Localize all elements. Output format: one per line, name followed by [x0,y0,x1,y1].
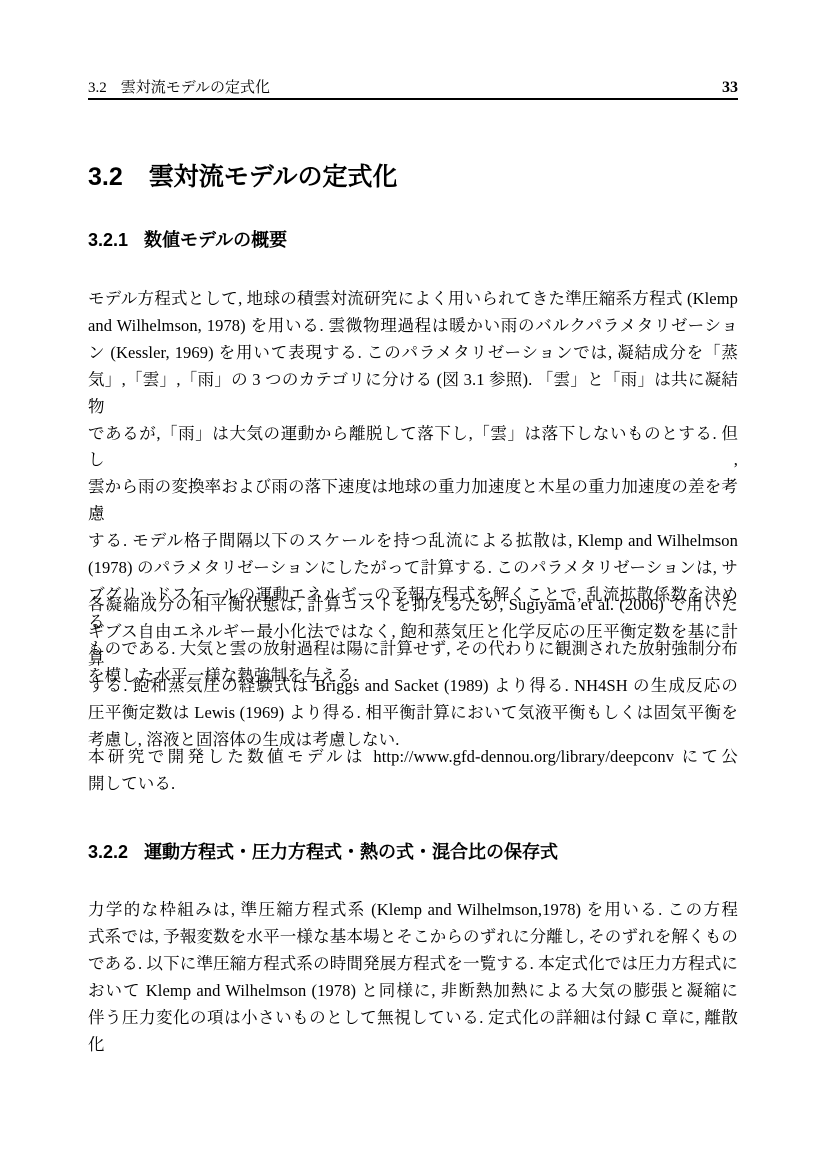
text-line: 開している. [88,771,738,798]
paragraph-dynamics-framework: 力学的な枠組みは, 準圧縮方程式系 (Klemp and Wilhelmson,… [88,897,738,1058]
subsection-heading-governing-equations: 3.2.2 運動方程式・圧力方程式・熱の式・混合比の保存式 [88,840,558,864]
text-line: モデル方程式として, 地球の積雲対流研究によく用いられてきた準圧縮系方程式 (K… [88,286,738,313]
subsection-title: 運動方程式・圧力方程式・熱の式・混合比の保存式 [144,840,558,864]
paragraph-model-release: 本研究で開発した数値モデルは http://www.gfd-dennou.org… [88,744,738,798]
text-line: 力学的な枠組みは, 準圧縮方程式系 (Klemp and Wilhelmson,… [88,897,738,924]
running-header-section-title: 雲対流モデルの定式化 [121,79,270,98]
header-rule [88,98,738,100]
text-line: 各凝縮成分の相平衡状態は, 計算コストを抑えるため, Sugiyama et a… [88,592,738,619]
text-line: and Wilhelmson, 1978) を用いる. 雲微物理過程は暖かい雨の… [88,313,738,340]
subsection-number: 3.2.2 [88,840,128,864]
running-header-section-number: 3.2 [88,79,107,98]
running-header-title: 3.2 雲対流モデルの定式化 [88,79,270,98]
text-line: ギブス自由エネルギー最小化法ではなく, 飽和蒸気圧と化学反応の圧平衡定数を基に計… [88,619,738,673]
subsection-title: 数値モデルの概要 [144,228,287,252]
subsection-number: 3.2.1 [88,228,128,252]
section-title: 雲対流モデルの定式化 [149,161,398,193]
text-line: 本研究で開発した数値モデルは http://www.gfd-dennou.org… [88,744,738,771]
text-line: であるが,「雨」は大気の運動から離脱して落下し,「雲」は落下しないものとする. … [88,421,738,475]
text-line: 伴う圧力変化の項は小さいものとして無視している. 定式化の詳細は付録 C 章に,… [88,1005,738,1059]
page-number: 33 [722,78,738,97]
text-line: する. 飽和蒸気圧の経験式は Briggs and Sacket (1989) … [88,673,738,700]
section-heading: 3.2 雲対流モデルの定式化 [88,161,398,193]
text-line: である. 以下に準圧縮方程式系の時間発展方程式を一覧する. 本定式化では圧力方程… [88,951,738,978]
text-line: 圧平衡定数は Lewis (1969) より得る. 相平衡計算において気液平衡も… [88,700,738,727]
text-line: (1978) のパラメタリゼーションにしたがって計算する. このパラメタリゼーシ… [88,555,738,582]
text-line: する. モデル格子間隔以下のスケールを持つ乱流による拡散は, Klemp and… [88,528,738,555]
document-page: 3.2 雲対流モデルの定式化 33 3.2 雲対流モデルの定式化 3.2.1 数… [0,0,826,1169]
subsection-heading-numerical-model: 3.2.1 数値モデルの概要 [88,228,287,252]
text-line: 式系では, 予報変数を水平一様な基本場とそこからのずれに分離し, そのずれを解く… [88,924,738,951]
text-line: おいて Klemp and Wilhelmson (1978) と同様に, 非断… [88,978,738,1005]
text-line: 気」,「雲」,「雨」の 3 つのカテゴリに分ける (図 3.1 参照). 「雲」… [88,367,738,421]
paragraph-phase-equilibrium: 各凝縮成分の相平衡状態は, 計算コストを抑えるため, Sugiyama et a… [88,592,738,753]
text-line: 雲から雨の変換率および雨の落下速度は地球の重力加速度と木星の重力加速度の差を考慮 [88,474,738,528]
text-line: ン (Kessler, 1969) を用いて表現する. このパラメタリゼーション… [88,340,738,367]
running-header: 3.2 雲対流モデルの定式化 33 [88,78,738,98]
section-number: 3.2 [88,161,123,193]
